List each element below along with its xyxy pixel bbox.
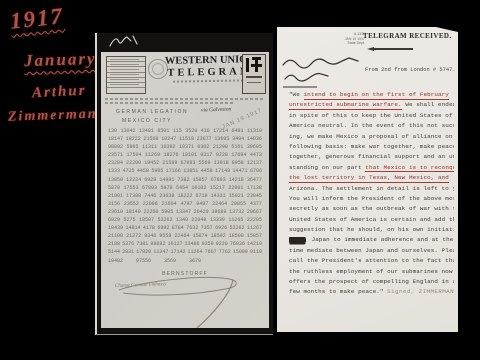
signature-swoosh [107, 274, 252, 328]
video-frame: 1917 January Arthur Zimmermann WESTERN U… [0, 0, 480, 360]
decoded-line: ing, we make Mexico a proposal of allian… [289, 133, 454, 143]
recipient-line-1: GERMAN LEGATION [116, 109, 188, 115]
handwritten-last-name: Zimmermann [8, 106, 108, 125]
decoded-line: standing on our part that Mexico is to r… [289, 164, 454, 174]
corner-scribble [107, 34, 141, 50]
code-row: 2328422200194522158967893556913918895812… [108, 160, 262, 168]
decoded-body: "We intend to begin on the first of Febr… [289, 91, 454, 299]
decoded-line: the ruthless employment of our submarine… [289, 268, 454, 278]
handwritten-initials-scribble [279, 51, 371, 93]
decoded-line: You will inform the President of the abo… [289, 195, 454, 205]
decoded-telegram-document: A-1310 JAN 19 1917 State Dept. TELEGRAM … [277, 27, 458, 332]
handwritten-first-name: Arthur [32, 83, 87, 103]
code-row: 2110021272934695592246415874185021850015… [108, 233, 262, 241]
form-number-stampbox [242, 54, 266, 94]
handwritten-year: 1917 [9, 3, 65, 35]
decoded-line: in spite of this to keep the United Stat… [289, 112, 454, 122]
ink-correction-blob [289, 237, 306, 243]
via-galveston-note: via Galveston [201, 106, 232, 113]
decoded-line: the lost territory in Texas, New Mexico,… [289, 174, 454, 184]
decoded-line: few months to make peace." Signed, ZIMME… [289, 288, 454, 298]
code-row: 2357117504112691827618101031702281769444… [108, 152, 262, 160]
code-row: 2188537673819809216127134869350922076036… [108, 241, 262, 249]
code-row: 1385012224692914991738215857678931421836… [108, 177, 262, 185]
stamp-line: State Dept. [331, 41, 365, 46]
code-row: 3156235522209621604479794972246420855437… [108, 201, 262, 209]
code-row: 5870175536789358705454161021521722801171… [108, 185, 262, 193]
decoded-line: United States of America is certain and … [289, 216, 454, 226]
code-row: 1043914814417869928784763273576926522621… [108, 225, 262, 233]
coded-telegram-document: WESTERN UNION TELEGRAM via Galveston JAN… [95, 33, 273, 335]
code-row: 9809259051131110392103710302212905161396… [108, 144, 262, 152]
decoded-line: America neutral. In the event of this no… [289, 122, 454, 132]
origin-line: From 2nd from London # 5747. [365, 67, 456, 73]
decoded-line: Arizona. The settlement in detail is lef… [289, 185, 454, 195]
header-fineprint-band [105, 98, 265, 106]
header-rule [373, 48, 413, 50]
decoded-line: time mediate between Japan and ourselves… [289, 247, 454, 257]
service-class-formbox [106, 56, 146, 94]
handwritten-month: January [24, 49, 97, 72]
code-row: 1301304213401850111535284161721464911131… [108, 128, 262, 136]
letterhead-fineprint [173, 79, 247, 82]
decoded-header: TELEGRAM RECEIVED. [363, 32, 452, 40]
decoded-line: secretly as soon as the outbreak of war … [289, 205, 454, 215]
decoded-line: suggestion that he should, on his own in… [289, 226, 454, 236]
recipient-line-2: MEXICO CITY [122, 118, 172, 124]
decoded-line: following basis: make war together, make… [289, 143, 454, 153]
decoded-line: "We intend to begin on the first of Febr… [289, 91, 454, 101]
code-row: 1333472544585905171661385144581714914471… [108, 168, 262, 176]
telegram-code-grid: 1301304213401850111535284161721464911131… [108, 128, 262, 266]
code-row: 5144283117920113471714211264766777621509… [108, 249, 262, 257]
decoded-line: together, generous financial support and… [289, 153, 454, 163]
code-row: 2361018140222605905133472042039689137322… [108, 209, 262, 217]
index-bureau-stamp: A-1310 JAN 19 1917 State Dept. [331, 32, 365, 46]
code-row: 104829755635693670 [108, 258, 262, 266]
code-row: 6929527518507522621340220491333911265222… [108, 217, 262, 225]
code-row: 1814718222215601024711518236771360534941… [108, 136, 262, 144]
decoded-line: unrestricted submarine warfare. We shall… [289, 101, 454, 111]
code-row: 2100117388744623638182226719143311502123… [108, 193, 262, 201]
decoded-line: call the President's attention to the fa… [289, 257, 454, 267]
decoded-line: Japan to immediate adherence and at the … [289, 236, 454, 246]
telegram-paper: WESTERN UNION TELEGRAM via Galveston JAN… [101, 52, 269, 328]
decoded-line: offers the prospect of compelling Englan… [289, 278, 454, 288]
